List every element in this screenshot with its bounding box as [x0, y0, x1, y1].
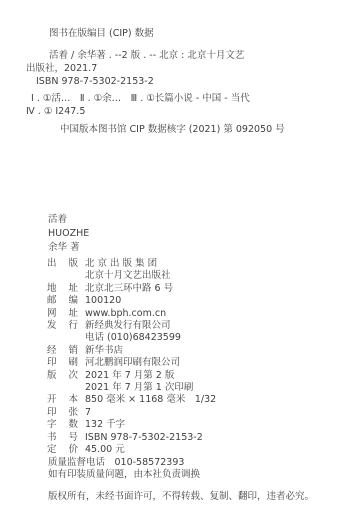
colophon-row: 定价 45.00 元	[0, 444, 362, 456]
colophon-row: 地址 北京北三环中路 6 号	[0, 283, 362, 295]
colophon-row: 出版 北 京 出 版 集 团北京十月文艺出版社	[0, 258, 362, 283]
colophon-value-line: 北京北三环中路 6 号	[85, 283, 362, 295]
cip-header: 图书在版编目 (CIP) 数据	[49, 27, 362, 40]
title-block: 活着 HUOZHE 余华 著	[48, 213, 362, 255]
colophon-row-value: 100120	[85, 295, 362, 307]
colophon-row-value: www.bph.com.cn	[85, 308, 362, 320]
colophon-row-label: 开本	[47, 394, 78, 406]
colophon-row-value: 北 京 出 版 集 团北京十月文艺出版社	[85, 258, 362, 283]
colophon-value-line: 100120	[85, 295, 362, 307]
book-author: 余华 著	[48, 241, 362, 255]
colophon-row: 开本 850 毫米 × 1168 毫米 1/32	[0, 394, 362, 406]
colophon-row-value: 132 千字	[85, 419, 362, 431]
colophon-row-label: 邮编	[47, 295, 78, 307]
colophon-row-label: 发行	[47, 320, 78, 345]
colophon-row-value: 2021 年 7 月第 2 版2021 年 7 月第 1 次印刷	[85, 370, 362, 395]
cip-entry-line-1: 活着 / 余华著 . --2 版 . -- 北京 : 北京十月文艺	[49, 49, 362, 62]
colophon-value-line: 7	[85, 407, 362, 419]
colophon-row-value: 新经典发行有限公司电话 (010)68423599	[85, 320, 362, 345]
colophon-row-label: 经销	[47, 345, 78, 357]
colophon-row-label: 出版	[47, 258, 78, 283]
colophon-row-label: 字数	[47, 419, 78, 431]
colophon-row-label: 网址	[47, 308, 78, 320]
book-title: 活着	[48, 213, 362, 227]
colophon-value-line: ISBN 978-7-5302-2153-2	[85, 432, 362, 444]
colophon-value-line: 2021 年 7 月第 2 版	[85, 370, 362, 382]
cip-record-line: 中国版本图书馆 CIP 数据核字 (2021) 第 092050 号	[60, 123, 362, 136]
colophon-row: 版次 2021 年 7 月第 2 版2021 年 7 月第 1 次印刷	[0, 370, 362, 395]
colophon-row-value: 北京北三环中路 6 号	[85, 283, 362, 295]
colophon-row-label: 印刷	[47, 357, 78, 369]
colophon-row: 印刷 河北鹏润印刷有限公司	[0, 357, 362, 369]
colophon-value-line: 电话 (010)68423599	[85, 332, 362, 344]
colophon-value-line: 850 毫米 × 1168 毫米 1/32	[85, 394, 362, 406]
colophon-value-line: 新华书店	[85, 345, 362, 357]
colophon-row: 字数 132 千字	[0, 419, 362, 431]
colophon-block: 出版 北 京 出 版 集 团北京十月文艺出版社 地址 北京北三环中路 6 号 邮…	[0, 258, 362, 481]
colophon-row-label: 定价	[47, 444, 78, 456]
colophon-row: 经销 新华书店	[0, 345, 362, 357]
cip-class-line-1: Ⅰ . ①活… Ⅱ . ①余… Ⅲ . ①长篇小说 - 中国 - 当代	[31, 92, 362, 105]
colophon-row: 印张 7	[0, 407, 362, 419]
cip-isbn-line: ISBN 978-7-5302-2153-2	[36, 75, 362, 88]
book-pinyin: HUOZHE	[48, 227, 362, 241]
quality-hotline-line: 质量监督电话 010-58572393	[0, 457, 362, 469]
colophon-row-value: 7	[85, 407, 362, 419]
colophon-value-line: 新经典发行有限公司	[85, 320, 362, 332]
colophon-row-label: 版次	[47, 370, 78, 395]
colophon-row: 书号 ISBN 978-7-5302-2153-2	[0, 432, 362, 444]
colophon-row-value: 850 毫米 × 1168 毫米 1/32	[85, 394, 362, 406]
colophon-value-line: 河北鹏润印刷有限公司	[85, 357, 362, 369]
exchange-note-line: 如有印装质量问题，由本社负责调换	[0, 469, 362, 481]
colophon-row: 邮编 100120	[0, 295, 362, 307]
colophon-row-label: 书号	[47, 432, 78, 444]
colophon-value-line: 132 千字	[85, 419, 362, 431]
colophon-row-value: 新华书店	[85, 345, 362, 357]
cip-class-line-2: Ⅳ . ① I247.5	[26, 105, 362, 118]
colophon-row: 网址 www.bph.com.cn	[0, 308, 362, 320]
colophon-rows: 出版 北 京 出 版 集 团北京十月文艺出版社 地址 北京北三环中路 6 号 邮…	[0, 258, 362, 457]
colophon-row-label: 印张	[47, 407, 78, 419]
colophon-row-value: 45.00 元	[85, 444, 362, 456]
colophon-value-line: www.bph.com.cn	[85, 308, 362, 320]
cip-entry-line-2: 出版社，2021.7	[26, 62, 362, 75]
colophon-value-line: 北京十月文艺出版社	[85, 270, 362, 282]
copyright-page: 图书在版编目 (CIP) 数据 活着 / 余华著 . --2 版 . -- 北京…	[0, 27, 362, 503]
colophon-row-label: 地址	[47, 283, 78, 295]
cip-block: 图书在版编目 (CIP) 数据 活着 / 余华著 . --2 版 . -- 北京…	[0, 27, 362, 136]
colophon-row-value: ISBN 978-7-5302-2153-2	[85, 432, 362, 444]
colophon-value-line: 2021 年 7 月第 1 次印刷	[85, 382, 362, 394]
colophon-row-value: 河北鹏润印刷有限公司	[85, 357, 362, 369]
colophon-row: 发行 新经典发行有限公司电话 (010)68423599	[0, 320, 362, 345]
colophon-value-line: 45.00 元	[85, 444, 362, 456]
copyright-notice: 版权所有，未经书面许可，不得转载、复制、翻印，违者必究。	[48, 490, 362, 503]
colophon-value-line: 北 京 出 版 集 团	[85, 258, 362, 270]
